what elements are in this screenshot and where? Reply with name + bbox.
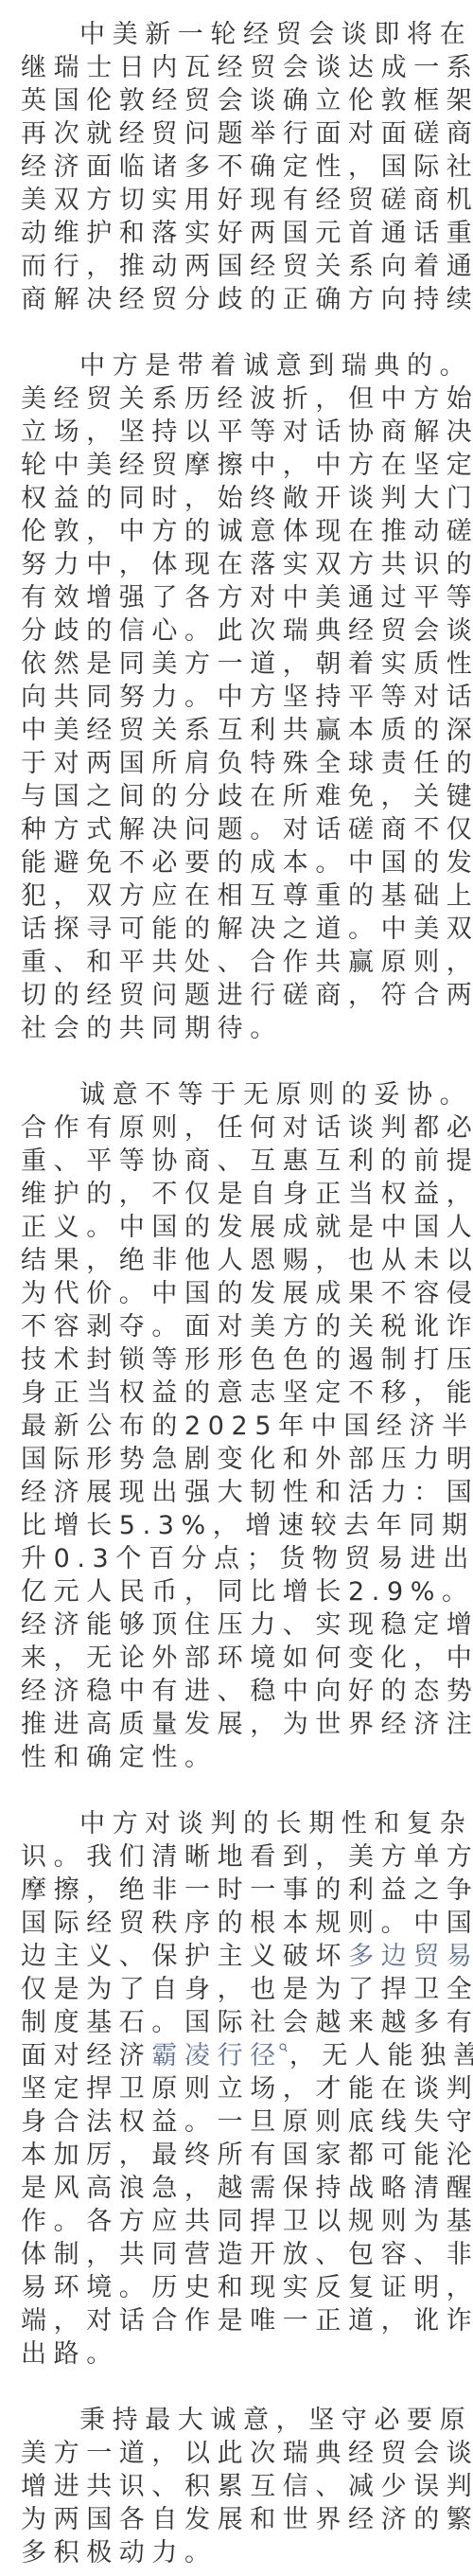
- text-line: 亿元人民币，同比增长2.9%。这充分证明中国: [21, 1575, 452, 1608]
- text-line: 与国之间的分歧在所难免，关键在于选择以何: [21, 780, 452, 813]
- text-line: 于对两国所肩负特殊全球责任的清晰认知。国: [21, 747, 452, 780]
- text-line: 诚意不等于无原则的妥协。磋商有底线，: [21, 1078, 452, 1111]
- text-line: 出路。: [21, 2337, 452, 2371]
- text-line: 性和确定性。: [21, 1741, 452, 1774]
- text-line: 重、平等协商、互惠互利的前提下进行。中方: [21, 1145, 452, 1178]
- text-line: 经济面临诸多不确定性，国际社会普遍期待中: [21, 151, 452, 184]
- text-line: 易环境。历史和现实反复证明，化解经贸争: [21, 2271, 452, 2304]
- text-line: 体制，共同营造开放、包容、非歧视的国际贸: [21, 2238, 452, 2271]
- text-line: 种方式解决问题。对话磋商不仅效率更高，更: [21, 813, 452, 846]
- text-line: 话探寻可能的解决之道。中美双方秉持相互尊: [21, 913, 452, 946]
- text-line: 英国伦敦经贸会谈确立伦敦框架后，中美双方: [21, 84, 452, 117]
- text-line: 国际形势急剧变化和外部压力明显加大，中国: [21, 1443, 452, 1476]
- text-line: 升0.3个百分点；货物贸易进出口总额21.79万: [21, 1542, 452, 1575]
- text-line: 坚定捍卫原则立场，才能在谈判中切实维护自: [21, 2072, 452, 2105]
- paragraph-4: 中方对谈判的长期性和复杂性有着清醒认 识。我们清晰地看到，美方单方面挑起的经贸 …: [21, 1807, 452, 2371]
- text-segment: ，无人能独善其身。惟有: [289, 2041, 473, 2070]
- text-line: 秉持最大诚意，坚守必要原则。中方愿同: [21, 2404, 452, 2437]
- text-line: 仅是为了自身，也是为了捍卫全球共同发展的: [21, 1973, 452, 2006]
- text-line: 中美新一轮经贸会谈即将在瑞典举行。这是: [21, 18, 452, 51]
- text-segment: 面对经济: [21, 2041, 151, 2070]
- text-line: 美方一道，以此次瑞典经贸会谈为契机，不断: [21, 2437, 452, 2470]
- text-line: 美经贸关系历经波折，但中方始终秉持建设性: [21, 382, 452, 416]
- text-line: 最新公布的2025年中国经济半年报显示，面对: [21, 1410, 452, 1443]
- text-line: 重、和平共处、合作共赢原则，继续就彼此关: [21, 946, 452, 979]
- text-line: 经济稳中有进、稳中向好的态势，有信心继续: [21, 1675, 452, 1708]
- text-line: 商解决经贸分歧的正确方向持续迈进。: [21, 283, 452, 316]
- paragraph-2: 中方是带着诚意到瑞典的。尽管近年来中 美经贸关系历经波折，但中方始终秉持建设性 …: [21, 349, 452, 1045]
- text-line: 能避免不必要的成本。中国的发展利益不容侵: [21, 846, 452, 879]
- text-line: 是风高浪急，越需保持战略清醒、加强团结协: [21, 2172, 452, 2205]
- paragraph-5: 秉持最大诚意，坚守必要原则。中方愿同 美方一道，以此次瑞典经贸会谈为契机，不断 …: [21, 2404, 452, 2569]
- paragraph-3: 诚意不等于无原则的妥协。磋商有底线， 合作有原则，任何对话谈判都必须在相互尊 重…: [21, 1078, 452, 1774]
- text-line: 努力中，体现在落实双方共识的具体行动中，: [21, 548, 452, 581]
- text-line-with-link: 边主义、保护主义破坏多边贸易体制，这不: [21, 1940, 452, 1973]
- text-line: 有效增强了各方对中美通过平等对话协商解决: [21, 581, 452, 614]
- text-line: 识。我们清晰地看到，美方单方面挑起的经贸: [21, 1840, 452, 1874]
- text-line: 犯，双方应在相互尊重的基础上，通过平等对: [21, 879, 452, 913]
- search-icon[interactable]: [279, 2043, 288, 2054]
- text-line: 立场，坚持以平等对话协商解决问题。在新一: [21, 416, 452, 449]
- text-line: 继瑞士日内瓦经贸会谈达成一系列重要共识、: [21, 51, 452, 84]
- text-line: 为两国各自发展和世界经济的繁荣稳定注入更: [21, 2503, 452, 2536]
- text-line: 摩擦，绝非一时一事的利益之争，其本质关乎: [21, 1874, 452, 1907]
- text-line: 中方是带着诚意到瑞典的。尽管近年来中: [21, 349, 452, 382]
- text-line: 国际经贸秩序的根本规则。中国坚决反对以单: [21, 1907, 452, 1940]
- text-line: 分歧的信心。此次瑞典经贸会谈，中方的目标: [21, 614, 452, 648]
- text-line: 轮中美经贸摩擦中，中方在坚定捍卫自身合法: [21, 449, 452, 482]
- text-line: 维护的，不仅是自身正当权益，更是国际公平: [21, 1178, 452, 1211]
- text-line: 合作有原则，任何对话谈判都必须在相互尊: [21, 1111, 452, 1145]
- text-line: 推进高质量发展，为世界经济注入宝贵的稳定: [21, 1708, 452, 1741]
- text-line: 美双方切实用好现有经贸磋商机制，以实际行: [21, 184, 452, 217]
- text-line: 依然是同美方一道，朝着实质性解决问题的方: [21, 648, 452, 681]
- text-line: 本加厉，最终所有国家都可能沦为受害者。越: [21, 2139, 452, 2172]
- text-line: 技术封锁等形形色色的遏制打压，中方捍卫自: [21, 1343, 452, 1377]
- text-line: 动维护和落实好两国元首通话重要共识，相向: [21, 217, 452, 250]
- text-line: 身正当权益的意志坚定不移，能力有目共睹。: [21, 1377, 452, 1410]
- text-line: 而行，推动两国经贸关系向着通过平等对话协: [21, 250, 452, 283]
- paragraph-1: 中美新一轮经贸会谈即将在瑞典举行。这是 继瑞士日内瓦经贸会谈达成一系列重要共识、…: [21, 18, 452, 316]
- text-line: 作。各方应共同捍卫以规则为基础的多边贸易: [21, 2205, 452, 2238]
- text-line: 端，对话合作是唯一正道，讹诈胁迫注定没有: [21, 2304, 452, 2337]
- text-line: 增进共识、积累互信、减少误判、加强合作，: [21, 2470, 452, 2503]
- text-line: 切的经贸问题进行磋商，符合两国人民和国际: [21, 979, 452, 1012]
- text-line: 经济展现出强大韧性和活力：国内生产总值同: [21, 1476, 452, 1509]
- text-line-with-link: 面对经济霸凌行径，无人能独善其身。惟有: [21, 2039, 452, 2072]
- text-line: 来，无论外部环境如何变化，中国有信心保持: [21, 1642, 452, 1675]
- text-line: 身合法权益。一旦原则底线失守，讹诈必将变: [21, 2105, 452, 2139]
- text-line: 制度基石。国际社会越来越多有识之士指出，: [21, 2006, 452, 2039]
- text-line: 权益的同时，始终敞开谈判大门。从日内瓦到: [21, 482, 452, 515]
- text-line: 多积极动力。: [21, 2536, 452, 2569]
- text-line: 向共同努力。中方坚持平等对话协商，源于对: [21, 681, 452, 714]
- text-line: 结果，绝非他人恩赐，也从未以牺牲他国利益: [21, 1244, 452, 1277]
- text-line: 不容剥夺。面对美方的关税讹诈、投资限制、: [21, 1310, 452, 1343]
- text-line: 再次就经贸问题举行面对面磋商。当前，世界: [21, 117, 452, 151]
- text-line: 中美经贸关系互利共赢本质的深刻理解，也源: [21, 714, 452, 747]
- text-line: 伦敦，中方的诚意体现在推动磋商进程的切实: [21, 515, 452, 548]
- text-line: 比增长5.3%，增速较去年同期和去年全年均提: [21, 1509, 452, 1542]
- text-segment: 边主义、保护主义破坏: [21, 1942, 348, 1971]
- text-line: 为代价。中国的发展成果不容侵犯，发展权利: [21, 1277, 452, 1310]
- search-link-multilateral-trading-system[interactable]: 多边贸易体制: [348, 1942, 473, 1971]
- text-line: 社会的共同期待。: [21, 1012, 452, 1045]
- text-line: 中方对谈判的长期性和复杂性有着清醒认: [21, 1807, 452, 1840]
- text-line: 经济能够顶住压力、实现稳定增长。面向未: [21, 1608, 452, 1642]
- search-link-bullying-behavior[interactable]: 霸凌行径: [151, 2041, 282, 2070]
- text-line: 正义。中国的发展成就是中国人民辛勤奋斗的: [21, 1211, 452, 1244]
- article-body: 中美新一轮经贸会谈即将在瑞典举行。这是 继瑞士日内瓦经贸会谈达成一系列重要共识、…: [0, 0, 452, 2569]
